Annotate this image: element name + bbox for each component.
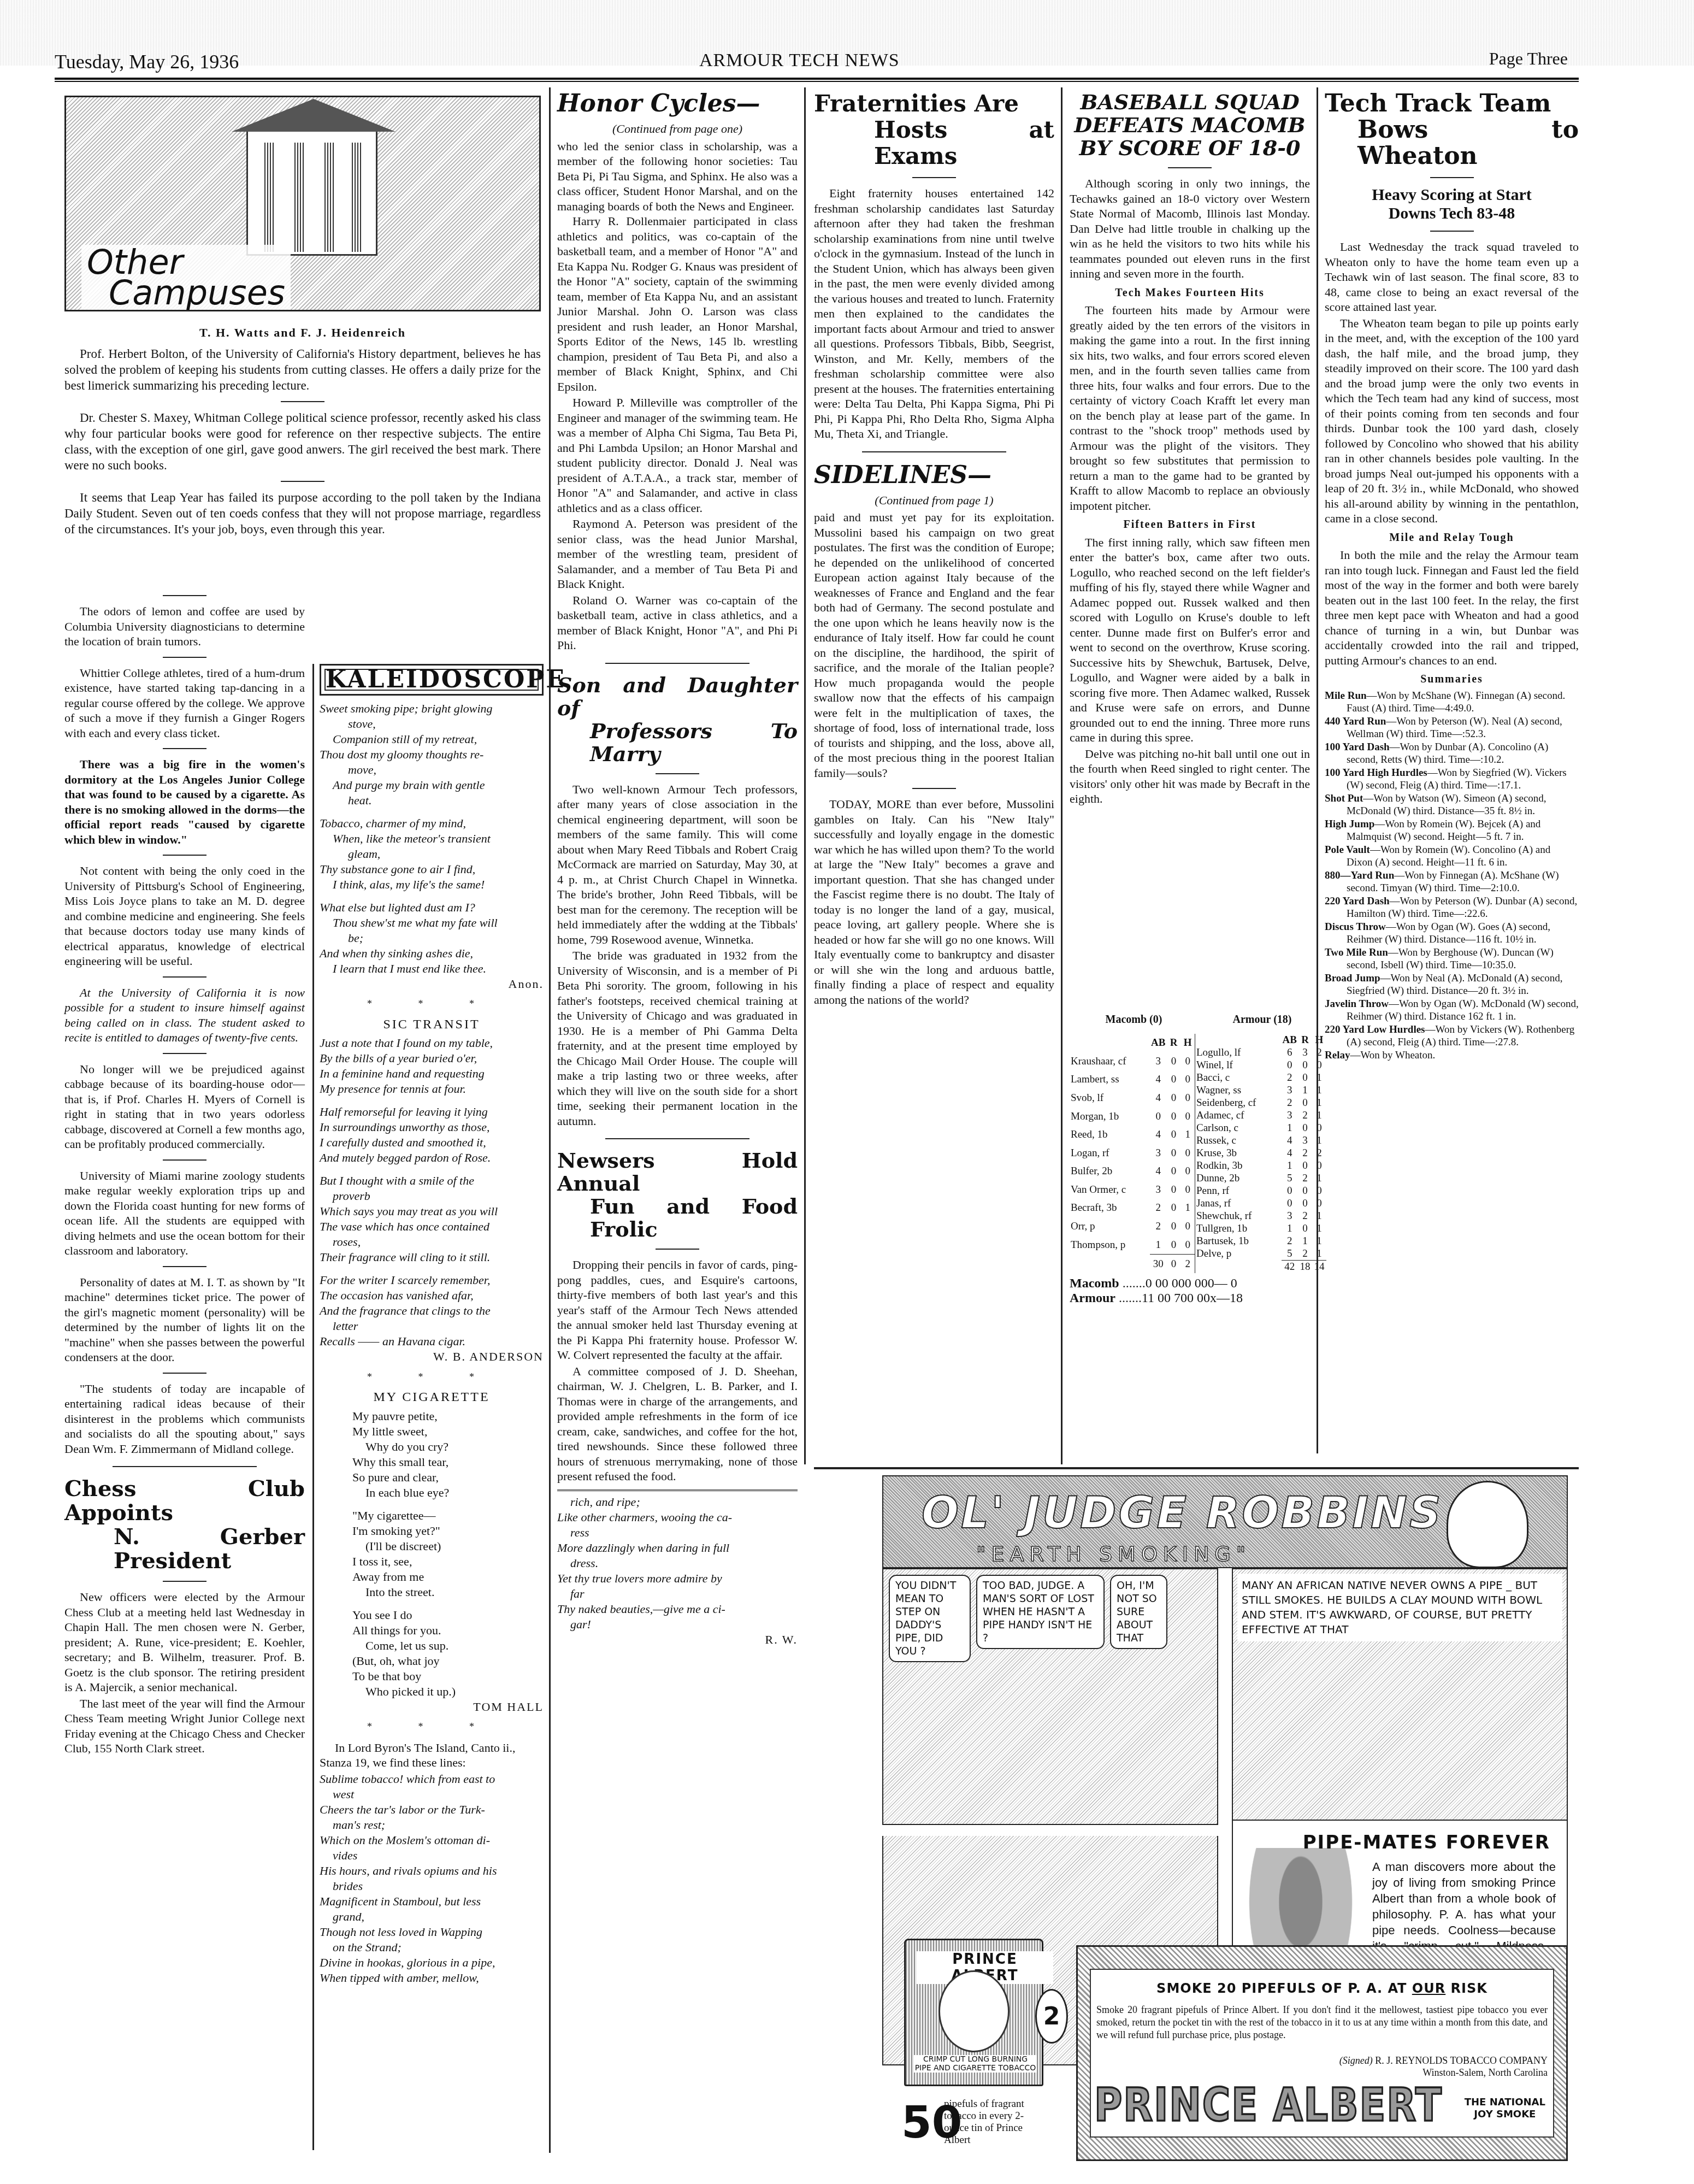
track-headline: Tech Track Team Bows to Wheaton [1325, 91, 1579, 169]
column-rule [1061, 87, 1063, 1464]
poem-line: I think, alas, my life's the same! [320, 877, 544, 892]
column-icon [294, 143, 304, 252]
player-name: Bulfer, 2b [1070, 1162, 1150, 1181]
kaleidoscope-column: KALEIDOSCOPE Sweet smoking pipe; bright … [320, 664, 544, 1986]
player-name: Janas, rf [1195, 1197, 1282, 1210]
separator [163, 1266, 206, 1267]
stanza-break [320, 808, 544, 816]
article-paragraph: Dropping their pencils in favor of cards… [557, 1257, 798, 1363]
stanza-break [320, 1097, 544, 1104]
box-score-row: Winel, lf000 [1195, 1059, 1326, 1072]
article-paragraph: Last Wednesday the track squad traveled … [1325, 239, 1579, 315]
player-name: Tullgren, 1b [1195, 1222, 1282, 1235]
poem-line: I toss it, see, [352, 1554, 544, 1569]
separator [163, 1373, 206, 1374]
poem-line: Who picked it up.) [352, 1684, 544, 1699]
poem-line: Why this small tear, [352, 1455, 544, 1470]
column-3: Honor Cycles— (Continued from page one) … [557, 87, 798, 1647]
box-score-totals: 3002 [1070, 1255, 1195, 1273]
poem-line: move, [320, 762, 544, 778]
separator [163, 748, 206, 749]
chess-headline: Chess Club Appoints N. Gerber President [64, 1477, 305, 1573]
poem-line: Come, let us sup. [352, 1638, 544, 1653]
player-name: Van Ormer, c [1070, 1181, 1150, 1199]
box-score-row: Van Ormer, c300 [1070, 1181, 1195, 1199]
article-paragraph: The Wheaton team began to pile up points… [1325, 316, 1579, 526]
article-paragraph: The odors of lemon and coffee are used b… [64, 604, 305, 649]
player-name: Carlson, c [1195, 1122, 1282, 1134]
comic-panel-2: MANY AN AFRICAN NATIVE NEVER OWNS A PIPE… [1232, 1568, 1568, 1825]
ad-rule [814, 1467, 1579, 1469]
box-score-row: Becraft, 3b201 [1070, 1199, 1195, 1217]
player-name: Rodkin, 3b [1195, 1159, 1282, 1172]
article-paragraph: Personality of dates at M. I. T. as show… [64, 1275, 305, 1365]
summary-item: 880—Yard Run—Won by Finnegan (A). McShan… [1325, 869, 1579, 894]
poem-line: Magnificent in Stamboul, but less [320, 1894, 544, 1909]
poem-line: Half remorseful for leaving it lying [320, 1104, 544, 1120]
player-name: Bacci, c [1195, 1072, 1282, 1084]
poem-line: brides [320, 1879, 544, 1894]
article-paragraph: University of Miami marine zoology stude… [64, 1168, 305, 1258]
article-paragraph: The first inning rally, which saw fiftee… [1070, 535, 1310, 745]
poem-line: vides [320, 1848, 544, 1863]
player-name: Kraushaar, cf [1070, 1052, 1150, 1071]
poem-line: on the Strand; [320, 1940, 544, 1955]
poem-author: R. W. [557, 1632, 798, 1647]
article-paragraph: In Lord Byron's The Island, Canto ii., S… [320, 1740, 544, 1770]
player-name: Thompson, p [1070, 1235, 1150, 1254]
summary-item: Mile Run—Won by McShane (W). Finnegan (A… [1325, 690, 1579, 715]
article-paragraph: Although scoring in only two innings, th… [1070, 176, 1310, 281]
box-score-row: Logullo, lf632 [1195, 1046, 1326, 1059]
article-paragraph: Delve was pitching no-hit ball until one… [1070, 746, 1310, 807]
poem-line: gleam, [320, 846, 544, 862]
separator [163, 1159, 206, 1161]
article-paragraph: At the University of California it is no… [64, 985, 305, 1045]
crosshead: Fifteen Batters in First [1070, 517, 1310, 533]
player-name: Lambert, ss [1070, 1070, 1150, 1089]
box-score-row: Logan, rf300 [1070, 1144, 1195, 1162]
column-icon [264, 143, 274, 252]
poem-line: Cheers the tar's labor or the Turk- [320, 1802, 544, 1817]
article-paragraph: Not content with being the only coed in … [64, 863, 305, 969]
section-stars: * * * [320, 1370, 544, 1385]
kaleidoscope-title: KALEIDOSCOPE [324, 669, 539, 691]
box-score-row: Bulfer, 2b400 [1070, 1162, 1195, 1181]
building-icon [246, 130, 377, 256]
box-score-row: Carlson, c100 [1195, 1122, 1326, 1134]
prince-albert-tin-icon: PRINCE ALBERTCRIMP CUT LONG BURNING PIPE… [904, 1939, 1043, 2086]
article-paragraph: No longer will we be prejudiced against … [64, 1062, 305, 1152]
comic-subtitle: "EARTH SMOKING" [976, 1542, 1251, 1566]
column-rule [549, 87, 551, 2153]
column-icon [324, 143, 334, 252]
separator [163, 1053, 206, 1054]
player-name: Bartusek, 1b [1195, 1235, 1282, 1247]
player-name: Logan, rf [1070, 1144, 1150, 1162]
poem-line: Into the street. [352, 1585, 544, 1600]
poem-line: gar! [557, 1617, 798, 1632]
speech-bubble: TOO BAD, JUDGE. A MAN'S SORT OF LOST WHE… [976, 1575, 1105, 1649]
box-score-row: Tullgren, 1b101 [1195, 1222, 1326, 1235]
article-paragraph: Roland O. Warner was co-captain of the b… [557, 593, 798, 653]
box-score-row: Adamec, cf321 [1195, 1109, 1326, 1122]
summary-item: 440 Yard Run—Won by Peterson (W). Neal (… [1325, 715, 1579, 740]
summary-item: High Jump—Won by Romein (W). Bejcek (A) … [1325, 818, 1579, 843]
player-name: Winel, lf [1195, 1059, 1282, 1072]
poem-line: Like other charmers, wooing the ca- [557, 1510, 798, 1525]
two-ounce-badge: 2 [1035, 1989, 1068, 2044]
player-name: Adamec, cf [1195, 1109, 1282, 1122]
article-paragraph: paid and must yet pay for its exploitati… [814, 510, 1054, 780]
article-paragraph: Eight fraternity houses entertained 142 … [814, 186, 1054, 441]
poem: Sweet smoking pipe; bright glowingstove,… [320, 701, 544, 976]
poem-line: (But, oh, what joy [352, 1653, 544, 1669]
summary-item: Javelin Throw—Won by Ogan (W). McDonald … [1325, 998, 1579, 1023]
box-score-row: Kraushaar, cf300 [1070, 1052, 1195, 1071]
speech-bubble: OH, I'M NOT SO SURE ABOUT THAT [1110, 1575, 1167, 1649]
player-name: Reed, 1b [1070, 1126, 1150, 1144]
column-4: Fraternities Are Hosts at Exams Eight fr… [814, 87, 1054, 1008]
poem-line: Thy naked beauties,—give me a ci- [557, 1602, 798, 1617]
column-rule [804, 87, 806, 1464]
poem-line: In surroundings unworthy as those, [320, 1120, 544, 1135]
page-number: Page Three [1489, 49, 1568, 69]
player-name: Russek, c [1195, 1134, 1282, 1147]
summary-item: 100 Yard High Hurdles—Won by Siegfried (… [1325, 767, 1579, 792]
player-name: Orr, p [1070, 1217, 1150, 1236]
poem-line: dress. [557, 1556, 798, 1571]
prince-albert-logo: PRINCE ALBERT [1094, 2082, 1443, 2128]
summary-item: 220 Yard Dash—Won by Peterson (W). Dunba… [1325, 895, 1579, 920]
separator [163, 1581, 206, 1582]
player-name: Morgan, 1b [1070, 1107, 1150, 1126]
separator [912, 788, 956, 789]
poem-line: far [557, 1586, 798, 1602]
poem-line: Yet thy true lovers more admire by [557, 1571, 798, 1586]
poem-line: In a feminine hand and requesting [320, 1066, 544, 1081]
separator [113, 1466, 257, 1467]
article-paragraph: Harry R. Dollenmaier participated in cla… [557, 214, 798, 394]
article-paragraph: "The students of today are incapable of … [64, 1381, 305, 1457]
poem-line: Why do you cry? [352, 1439, 544, 1455]
article-paragraph: who led the senior class in scholarship,… [557, 139, 798, 214]
panel-caption: MANY AN AFRICAN NATIVE NEVER OWNS A PIPE… [1237, 1574, 1562, 1641]
box-score-row: Lambert, ss400 [1070, 1070, 1195, 1089]
poem-title: MY CIGARETTE [320, 1390, 544, 1405]
macomb-box-table: ABRHKraushaar, cf300Lambert, ss400Svob, … [1070, 1034, 1195, 1273]
stanza-break [352, 1500, 544, 1508]
honor-cycles-headline: Honor Cycles— [557, 91, 798, 117]
article-paragraph: TODAY, MORE than ever before, Mussolini … [814, 797, 1054, 1007]
separator [163, 976, 206, 978]
poem-line: His hours, and rivals opiums and his [320, 1863, 544, 1879]
issue-date: Tuesday, May 26, 1936 [55, 50, 239, 73]
poem-line: I'm smoking yet?" [352, 1523, 544, 1539]
poem-line: And when thy sinking ashes die, [320, 946, 544, 961]
poem-line: Recalls —— an Havana cigar. [320, 1334, 544, 1349]
box-score-row: Thompson, p100 [1070, 1235, 1195, 1254]
poem-line: In each blue eye? [352, 1485, 544, 1500]
tin-crimp-label: CRIMP CUT LONG BURNING PIPE AND CIGARETT… [914, 2055, 1037, 2073]
article-paragraph: It seems that Leap Year has failed its p… [64, 490, 541, 537]
player-name: Wagner, ss [1195, 1084, 1282, 1097]
box-score-row: Russek, c431 [1195, 1134, 1326, 1147]
poem-continued: rich, and ripe;Like other charmers, wooi… [557, 1494, 798, 1632]
line-label: Macomb [1070, 1276, 1119, 1291]
article-paragraph: Raymond A. Peterson was president of the… [557, 516, 798, 592]
player-name: Becraft, 3b [1070, 1199, 1150, 1217]
box-score-row: Seidenberg, cf201 [1195, 1097, 1326, 1109]
poem-line: All things for you. [352, 1623, 544, 1638]
poem-line: By the bills of a year buried o'er, [320, 1051, 544, 1066]
poem-line: Divine in hookas, glorious in a pipe, [320, 1955, 544, 1970]
line-values: .......0 00 000 000— 0 [1123, 1276, 1237, 1291]
article-paragraph: The bride was graduated in 1932 from the… [557, 948, 798, 1128]
section-stars: * * * [320, 1720, 544, 1735]
poem-line: roses, [320, 1234, 544, 1250]
other-campuses-illustration: Other Campuses [64, 96, 541, 311]
poem-line: grand, [320, 1909, 544, 1924]
poem-line: So pure and clear, [352, 1470, 544, 1485]
poem-line: "My cigarettee— [352, 1508, 544, 1523]
judge-portrait-icon [1447, 1481, 1528, 1568]
crosshead: Summaries [1325, 672, 1579, 687]
poem-line: The occasion has vanished afar, [320, 1288, 544, 1303]
box-score-row: Shewchuk, rf321 [1195, 1210, 1326, 1222]
box-score-row: Bacci, c201 [1195, 1072, 1326, 1084]
player-name: Logullo, lf [1195, 1046, 1282, 1059]
separator [605, 663, 749, 664]
box-score-row: Delve, p521 [1195, 1247, 1326, 1261]
poem-line: Just a note that I found on my table, [320, 1035, 544, 1051]
poem-line: But I thought with a smile of the [320, 1173, 544, 1188]
track-column: Tech Track Team Bows to Wheaton Heavy Sc… [1325, 87, 1579, 1062]
article-paragraph: Two well-known Armour Tech professors, a… [557, 782, 798, 947]
separator [281, 401, 324, 402]
summary-item: Discus Throw—Won by Ogan (W). Goes (A) s… [1325, 921, 1579, 946]
other-campuses-title: Other Campuses [81, 245, 291, 310]
line-values: .......11 00 700 00x—18 [1119, 1291, 1243, 1305]
offer-signature: (Signed) R. J. REYNOLDS TOBACCO COMPANYW… [1339, 2055, 1548, 2079]
poem-line: man's rest; [320, 1817, 544, 1833]
poem: Just a note that I found on my table,By … [320, 1035, 544, 1349]
poem-line: More dazzlingly when daring in full [557, 1540, 798, 1556]
player-name: Seidenberg, cf [1195, 1097, 1282, 1109]
box-score-row: Wagner, ss311 [1195, 1084, 1326, 1097]
column-icon [352, 143, 362, 252]
stanza-break [352, 1600, 544, 1608]
armour-box-table: ABRHLogullo, lf632Winel, lf000Bacci, c20… [1195, 1034, 1326, 1273]
poem-title: SIC TRANSIT [320, 1017, 544, 1033]
poem-line: Sweet smoking pipe; bright glowing [320, 701, 544, 716]
column-rule [312, 664, 314, 2150]
separator [656, 1249, 699, 1250]
comic-panel-1: YOU DIDN'T MEAN TO STEP ON DADDY'S PIPE,… [882, 1568, 1218, 1825]
box-score-row: Morgan, 1b000 [1070, 1107, 1195, 1126]
line-score: Macomb .......0 00 000 000— 0 Armour ...… [1070, 1276, 1326, 1306]
line-label: Armour [1070, 1291, 1115, 1305]
other-campuses-column: The odors of lemon and coffee are used b… [64, 587, 305, 1757]
poem-line: Their fragrance will cling to it still. [320, 1250, 544, 1265]
box-score-row: Bartusek, 1b211 [1195, 1235, 1326, 1247]
poem: Sublime tobacco! which from east towestC… [320, 1771, 544, 1986]
armour-heading: Armour (18) [1198, 1014, 1326, 1026]
poem-line: Tobacco, charmer of my mind, [320, 816, 544, 831]
poem-line: Though not less loved in Wapping [320, 1924, 544, 1940]
separator [163, 855, 206, 856]
macomb-heading: Macomb (0) [1070, 1014, 1198, 1026]
track-subhead: Heavy Scoring at Start Downs Tech 83-48 [1325, 186, 1579, 223]
article-paragraph: In both the mile and the relay the Armou… [1325, 548, 1579, 668]
poem-line: Which says you may treat as you will [320, 1204, 544, 1219]
article-paragraph: Whittier College athletes, tired of a hu… [64, 666, 305, 741]
poem-author: TOM HALL [320, 1699, 544, 1715]
summary-item: 100 Yard Dash—Won by Dunbar (A). Concoli… [1325, 741, 1579, 766]
poem-line: For the writer I scarcely remember, [320, 1273, 544, 1288]
separator [1168, 167, 1212, 168]
poem-line: be; [320, 931, 544, 946]
player-name: Kruse, 3b [1195, 1147, 1282, 1159]
continued-note: (Continued from page one) [557, 121, 798, 137]
summary-item: Relay—Won by Wheaton. [1325, 1049, 1579, 1062]
poem-line: The vase which has once contained [320, 1219, 544, 1234]
poem-line: west [320, 1787, 544, 1802]
stanza-break [320, 1165, 544, 1173]
article-paragraph: Prof. Herbert Bolton, of the University … [64, 346, 541, 393]
article-paragraph: A committee composed of J. D. Sheehan, c… [557, 1364, 798, 1484]
offer-text: Smoke 20 fragrant pipefuls of Prince Alb… [1096, 2004, 1548, 2041]
separator [163, 657, 206, 658]
article-paragraph: New officers were elected by the Armour … [64, 1590, 305, 1695]
poem-line: (I'll be discreet) [352, 1539, 544, 1554]
summary-item: Pole Vault—Won by Romein (W). Concolino … [1325, 844, 1579, 869]
summary-item: Two Mile Run—Won by Berghouse (W). Dunca… [1325, 946, 1579, 972]
separator [557, 1490, 798, 1491]
poem-line: Sublime tobacco! which from east to [320, 1771, 544, 1787]
money-back-offer-box: SMOKE 20 PIPEFULS OF P. A. AT OUR RISKSm… [1076, 1945, 1568, 2161]
box-score-row: Rodkin, 3b100 [1195, 1159, 1326, 1172]
baseball-column: BASEBALL SQUAD DEFEATS MACOMB BY SCORE O… [1070, 87, 1310, 808]
article-paragraph: The fourteen hits made by Armour were gr… [1070, 303, 1310, 513]
poem-line: My pauvre petite, [352, 1409, 544, 1424]
separator [912, 177, 956, 178]
newspaper-title: ARMOUR TECH NEWS [699, 50, 900, 71]
track-summaries: Mile Run—Won by McShane (W). Finnegan (A… [1325, 690, 1579, 1062]
poem-line: Thou shew'st me what my fate will [320, 915, 544, 931]
separator [1430, 177, 1474, 178]
poem-line: Away from me [352, 1569, 544, 1585]
poem-line: I learn that I must end like thee. [320, 961, 544, 976]
stanza-break [320, 1265, 544, 1273]
box-score-row: Janas, rf000 [1195, 1197, 1326, 1210]
poem-line: stove, [320, 716, 544, 732]
poem-line: My little sweet, [352, 1424, 544, 1439]
tin-portrait-icon [939, 1970, 1010, 2052]
poem-line: When, like the meteor's transient [320, 831, 544, 846]
separator [1430, 231, 1474, 232]
player-name: Svob, lf [1070, 1089, 1150, 1108]
player-name: Dunne, 2b [1195, 1172, 1282, 1185]
poem-line: heat. [320, 793, 544, 808]
offer-title: SMOKE 20 PIPEFULS OF P. A. AT OUR RISK [1091, 1981, 1553, 1996]
speech-bubble: YOU DIDN'T MEAN TO STEP ON DADDY'S PIPE,… [889, 1575, 971, 1662]
box-score-row: Svob, lf400 [1070, 1089, 1195, 1108]
player-name: Delve, p [1195, 1247, 1282, 1261]
article-paragraph: There was a big fire in the women's dorm… [64, 757, 305, 847]
box-score-row: Kruse, 3b422 [1195, 1147, 1326, 1159]
poem-line: ress [557, 1525, 798, 1540]
separator [605, 1138, 749, 1139]
poem-line: Thy substance gone to air I find, [320, 862, 544, 877]
poem-line: And purge my brain with gentle [320, 778, 544, 793]
poem-line: And the fragrance that clings to the [320, 1303, 544, 1318]
comic-title: OL' JUDGE ROBBINS [922, 1487, 1443, 1538]
poem-line: proverb [320, 1188, 544, 1204]
kaleidoscope-box: KALEIDOSCOPE [320, 664, 544, 696]
marry-headline: Son and Daughter of Professors To Marry [557, 674, 798, 766]
poem-line: letter [320, 1318, 544, 1334]
poem: My pauvre petite,My little sweet,Why do … [320, 1409, 544, 1699]
comic-banner: OL' JUDGE ROBBINS "EARTH SMOKING" [882, 1475, 1568, 1568]
box-score-row: Penn, rf000 [1195, 1185, 1326, 1197]
box-score: Macomb (0) Armour (18) ABRHKraushaar, cf… [1070, 1014, 1326, 1306]
box-score-row: Orr, p200 [1070, 1217, 1195, 1236]
byline: T. H. Watts and F. J. Heidenreich [64, 325, 541, 340]
fifty-pipefuls-text: pipefuls of fragrant tobacco in every 2-… [944, 2098, 1037, 2146]
article-paragraph: Howard P. Milleville was comptroller of … [557, 395, 798, 515]
newsers-headline: Newsers Hold Annual Fun and Food Frolic [557, 1149, 798, 1241]
poem-line: rich, and ripe; [557, 1494, 798, 1510]
sidelines-headline: SIDELINES— [814, 462, 1054, 488]
article-paragraph: Dr. Chester S. Maxey, Whitman College po… [64, 410, 541, 473]
column-rule [1317, 87, 1318, 1453]
masthead-rule [55, 78, 1579, 82]
separator [163, 595, 206, 596]
summary-item: Shot Put—Won by Watson (W). Simeon (A) s… [1325, 792, 1579, 817]
separator [281, 481, 324, 482]
poem-line: You see I do [352, 1608, 544, 1623]
poem-author: Anon. [320, 976, 544, 992]
poem-line: My presence for tennis at four. [320, 1081, 544, 1097]
poem-line: Which on the Moslem's ottoman di- [320, 1833, 544, 1848]
logo-tagline: THE NATIONALJOY SMOKE [1465, 2097, 1545, 2121]
box-score-totals: 421814 [1195, 1261, 1326, 1274]
player-name: Penn, rf [1195, 1185, 1282, 1197]
box-score-row: Dunne, 2b521 [1195, 1172, 1326, 1185]
separator [862, 451, 1006, 452]
separator [656, 773, 699, 774]
poem-line: And mutely begged pardon of Rose. [320, 1150, 544, 1165]
poem-line: Thou dost my gloomy thoughts re- [320, 747, 544, 762]
box-score-row: Reed, 1b401 [1070, 1126, 1195, 1144]
summary-item: 220 Yard Low Hurdles—Won by Vickers (W).… [1325, 1023, 1579, 1049]
pipe-mates-title: PIPE-MATES FOREVER [1303, 1832, 1550, 1853]
poem-line: Companion still of my retreat, [320, 732, 544, 747]
crosshead: Tech Makes Fourteen Hits [1070, 286, 1310, 301]
crosshead: Mile and Relay Tough [1325, 531, 1579, 546]
player-name: Shewchuk, rf [1195, 1210, 1282, 1222]
poem-line: To be that boy [352, 1669, 544, 1684]
fraternities-headline: Fraternities Are Hosts at Exams [814, 91, 1054, 169]
summary-item: Broad Jump—Won by Neal (A). McDonald (A)… [1325, 972, 1579, 997]
baseball-headline: BASEBALL SQUAD DEFEATS MACOMB BY SCORE O… [1070, 91, 1310, 160]
other-campuses-wide: T. H. Watts and F. J. Heidenreich Prof. … [64, 318, 541, 538]
poem-line: When tipped with amber, mellow, [320, 1970, 544, 1986]
poem-author: W. B. ANDERSON [320, 1349, 544, 1364]
stanza-break [320, 892, 544, 900]
poem-line: I carefully dusted and smoothed it, [320, 1135, 544, 1150]
